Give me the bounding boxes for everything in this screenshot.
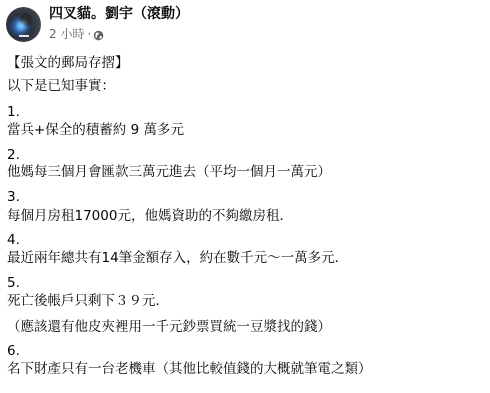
fact-text-1: 當兵+保全的積蓄約 9 萬多元 xyxy=(7,121,184,139)
fact-text-4: 最近兩年總共有14筆金額存入，約在數千元～一萬多元． xyxy=(7,249,348,267)
fact-number-6: 6. xyxy=(7,342,20,360)
avatar-caption xyxy=(19,35,29,37)
fact-note-5: （應該還有他皮夾裡用一千元鈔票買統一豆漿找的錢） xyxy=(7,318,331,336)
fact-text-2: 他媽每三個月會匯款三萬元進去（平均一個月一萬元） xyxy=(7,163,331,181)
fact-number-2: 2. xyxy=(7,146,20,164)
post-intro: 以下是已知事實： xyxy=(7,77,115,95)
avatar[interactable] xyxy=(6,7,41,42)
fact-number-3: 3. xyxy=(7,188,20,206)
fact-text-6: 名下財產只有一台老機車（其他比較值錢的大概就筆電之類） xyxy=(7,360,372,378)
avatar-glow xyxy=(17,21,26,30)
globe-icon[interactable] xyxy=(93,29,104,40)
post-header: 四叉貓。劉宇（滾動） 2 小時 · xyxy=(0,0,490,50)
author-name[interactable]: 四叉貓。劉宇（滾動） xyxy=(49,5,189,23)
post-title: 【張文的郵局存摺】 xyxy=(7,54,129,72)
meta-separator: · xyxy=(87,26,91,42)
fact-number-4: 4. xyxy=(7,231,20,249)
fact-text-5: 死亡後帳戶只剩下３９元． xyxy=(7,292,169,310)
fact-number-1: 1. xyxy=(7,103,20,121)
fact-text-3: 每個月房租17000元，他媽資助的不夠繳房租． xyxy=(7,207,293,225)
post-timestamp[interactable]: 2 小時 xyxy=(49,26,84,42)
fact-number-5: 5. xyxy=(7,274,20,292)
post-meta: 2 小時 · xyxy=(49,26,104,42)
